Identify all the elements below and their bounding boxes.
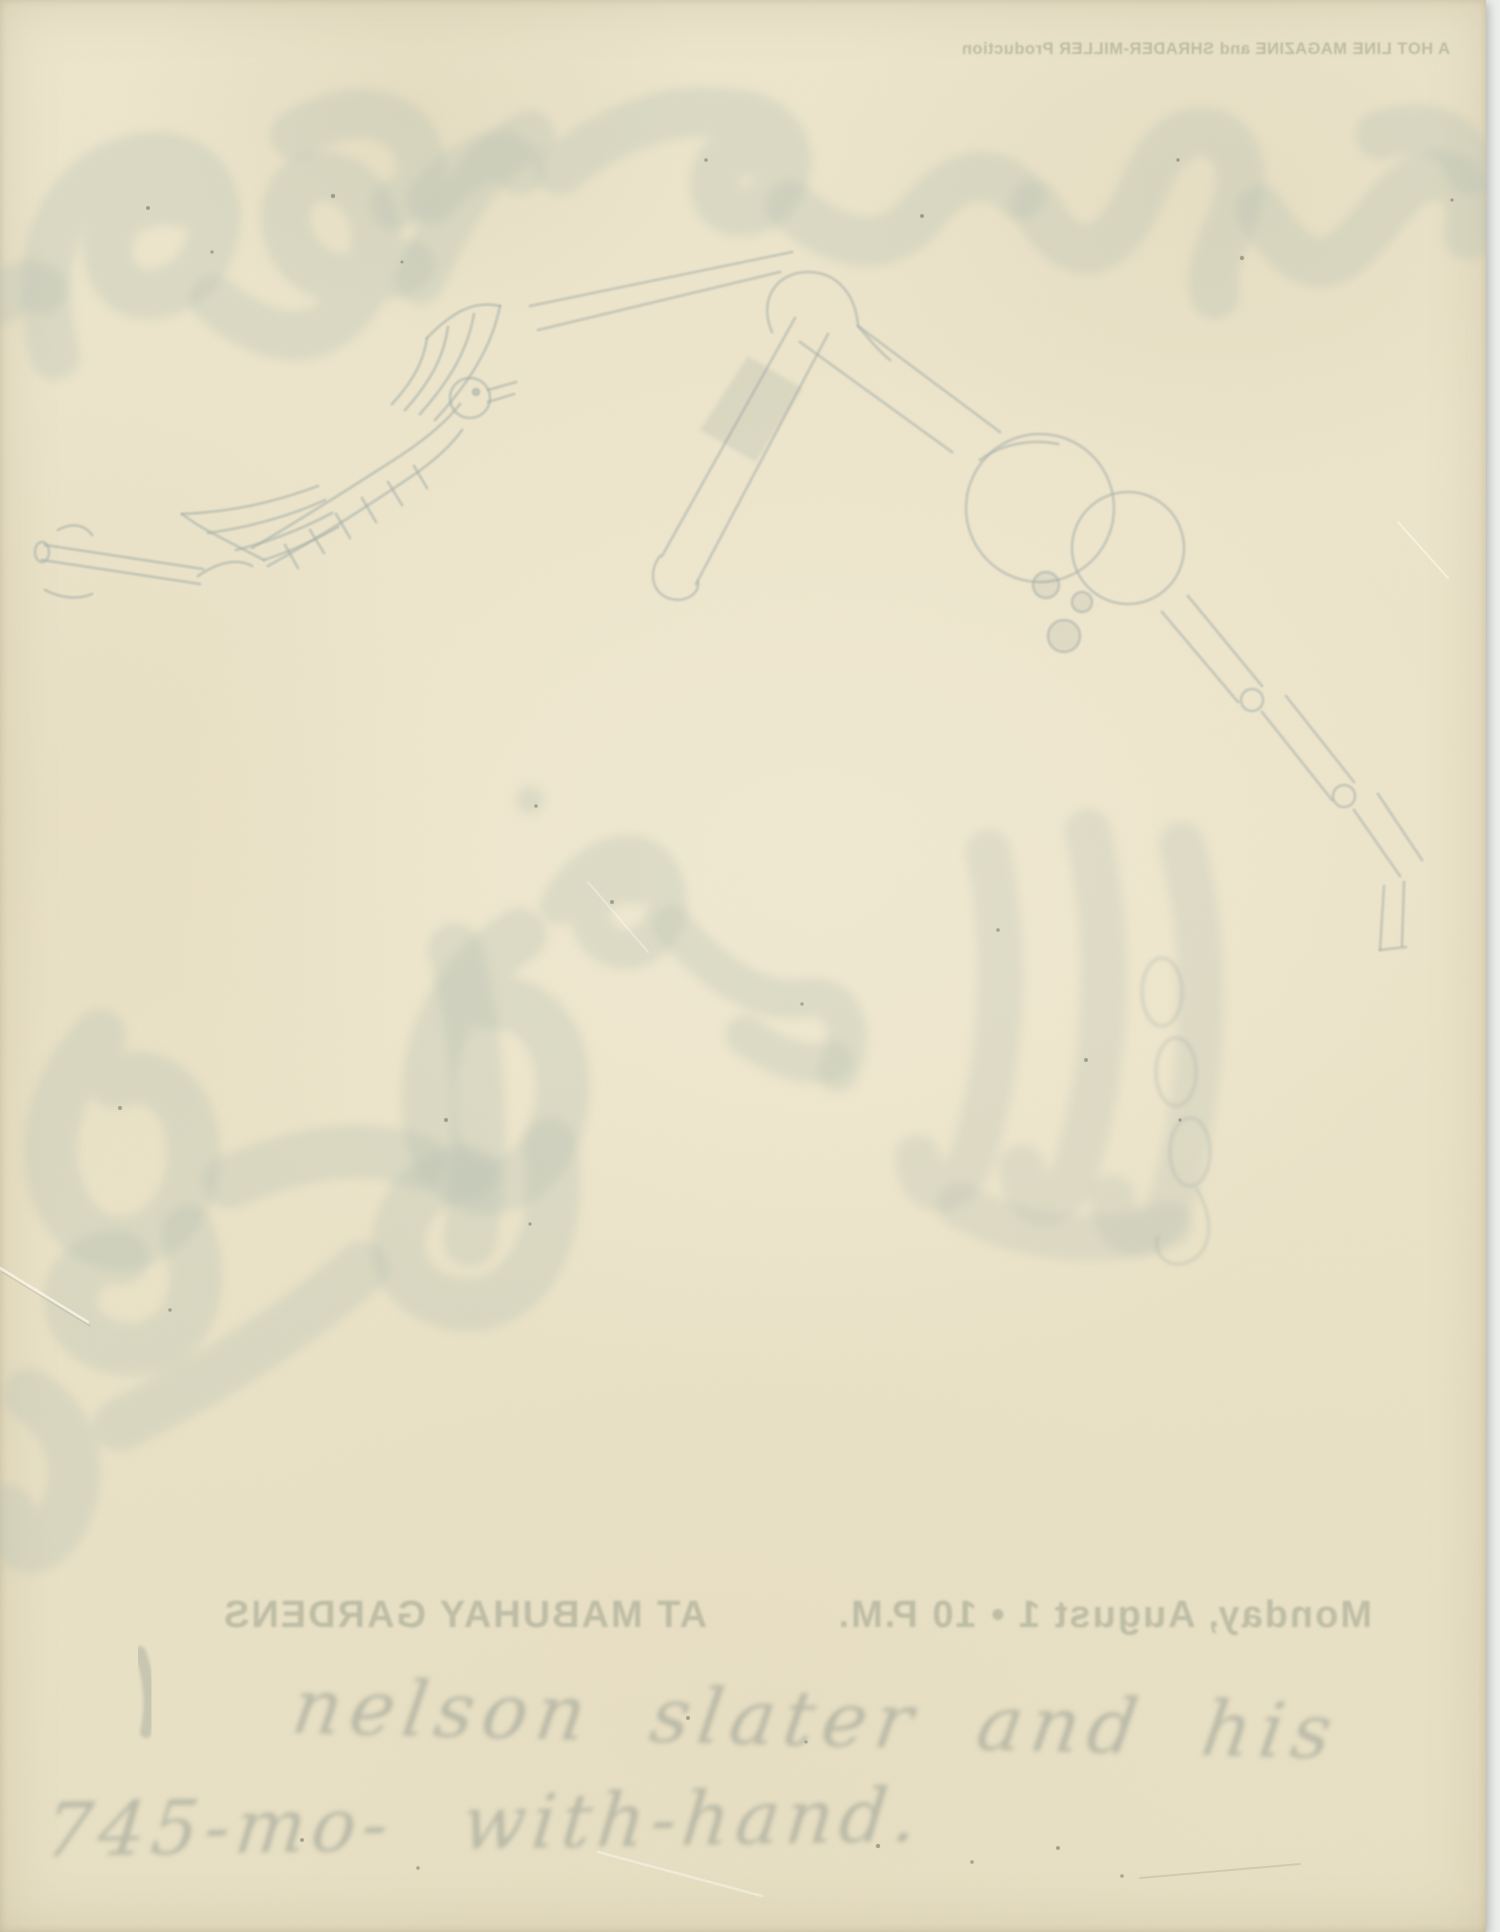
event-date-time-text: Monday, August 1 • 10 P.M. bbox=[837, 1594, 1372, 1637]
scanned-page: A HOT LINE MAGAZINE and SHRADER-MILLER P… bbox=[0, 0, 1500, 1932]
paper-sheet: A HOT LINE MAGAZINE and SHRADER-MILLER P… bbox=[0, 0, 1486, 1932]
bleed-through-artwork bbox=[0, 0, 1486, 1932]
production-credit-text: A HOT LINE MAGAZINE and SHRADER-MILLER P… bbox=[961, 40, 1450, 58]
event-info-bleed: Monday, August 1 • 10 P.M. AT MABUHAY GA… bbox=[222, 1594, 1372, 1637]
paper-sheet-wrap: A HOT LINE MAGAZINE and SHRADER-MILLER P… bbox=[0, 0, 1500, 1932]
production-credit-bleed: A HOT LINE MAGAZINE and SHRADER-MILLER P… bbox=[945, 40, 1450, 59]
event-venue-text: AT MABUHAY GARDENS bbox=[222, 1594, 707, 1637]
handwriting-line-2: 745-mo- with-hand. bbox=[41, 1773, 927, 1874]
